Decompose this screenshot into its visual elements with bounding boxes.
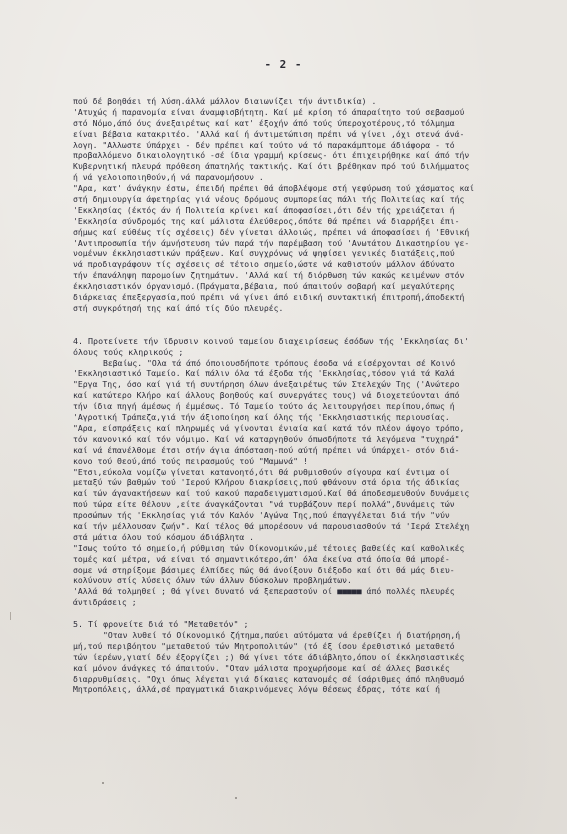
text-line: 'Εκκλησία σύνδρομός της καί μάλιστα έλεύ… [73,216,543,227]
text-line: νομένων έκκλησιαστικών πράξεων. Καί συγχ… [73,248,543,259]
text-line: προβαλλόμενο δικαιολογητικό -σέ ίδια γρα… [73,150,543,161]
text-line: "Ετσι,εύκολα νομίζω γίνεται κατανοητό,ότ… [73,467,543,478]
text-line: άντιδράσεις ; [73,597,543,608]
question-heading: 4. Προτείνετε τήν ϊδρυσιν κοινού ταμείου… [73,336,543,358]
text-line: στά μάτια όλου τού κόσμου άδιάβλητα . [73,532,543,543]
document-body: πού δέ βοηθάει τή λύση.άλλά μάλλον διαιω… [73,96,543,695]
text-line: καί τών άγανακτήσεων καί τού κακού παραδ… [73,488,543,499]
text-line: ή νά γελοιοποιηθούν,ή νά παρανομήσουν . [73,172,543,183]
text-line: 5. Τί φρονείτε διά τό "Μεταθετόν" ; [73,619,543,630]
text-line: "Ισως τούτο τό σημείο,ή ρύθμιση τών Οίκο… [73,543,543,554]
text-line: 'Ατυχώς ή παρανομία είναι άναμφισβήτητη.… [73,107,543,118]
text-line: 'Αλλά θά τολμηθεί ; Θά γίνει δυνατό νά ξ… [73,586,543,597]
text-line: καί μόνον άνάγκες τό άπαιτούν. "Οταν μάλ… [73,663,543,674]
text-line: μεταξύ τών βαθμών τού 'Ιερού Κλήρου διακ… [73,477,543,488]
text-line: "Αρα, είσπράξεις καί πληρωμές νά γίνοντα… [73,423,543,434]
text-line: όλους τούς κληρικούς ; [73,347,543,358]
question-heading: 5. Τί φρονείτε διά τό "Μεταθετόν" ; [73,619,543,630]
text-line: 'Αγροτική Τράπεζα,γιά τήν άξιοποίηση καί… [73,412,543,423]
text-line: Μητροπόλεις, άλλά,σέ πραγματικά διακρινό… [73,684,543,695]
text-line: 'Αντιπροσωπία τήν άμνήστευση τών παρά τή… [73,238,543,249]
document-page: - 2 - πού δέ βοηθάει τή λύση.άλλά μάλλον… [0,0,567,834]
text-line: είναι βέβαια κατακριτέο. 'Αλλά καί ή άντ… [73,129,543,140]
text-line: Βεβαίως. "Ολα τά άπό όποιουσδήποτε τρόπο… [73,358,543,369]
text-line: Κυβερνητική πλευρά πρόθεση άπατηλής τακτ… [73,161,543,172]
text-line: τομές καί μέτρα, νά είναι τό σημαντικότε… [73,554,543,565]
text-line: στό Νόμο,άπό όυς άνεξαιρέτως καί κατ' έξ… [73,118,543,129]
section-gap [73,608,543,619]
text-line: καί νά έπανέλθομε έτσι στήν άγια άπόστασ… [73,445,543,456]
text-line: πού τώρα είτε θέλουν ,είτε άναγκάζονται … [73,499,543,510]
page-number: - 2 - [0,58,567,71]
paper-speck [10,612,11,620]
text-line: στή συγκρότησή της καί άπό τίς δύο πλευρ… [73,303,543,314]
text-line: τήν έπανάληψη παρομοίων ζητημάτων. 'Αλλά… [73,270,543,281]
text-line: προσώπων τής 'Εκκλησίας γιά τόν Καλόν 'Α… [73,510,543,521]
text-line: κονο τού Θεού,άπό τούς πειρασμούς τού "Μ… [73,456,543,467]
text-line: λογη. "Αλλωστε ύπάρχει - δέν πρέπει καί … [73,140,543,151]
text-line: νά προδιαγράφουν τίς σχέσεις σέ τέτοιο σ… [73,259,543,270]
text-line: 'Εκκλησιαστικό Ταμείο. Καί πάλιν όλα τά … [73,368,543,379]
section-gap [73,314,543,325]
text-line: "Εργα Της, όσο καί γιά τή συντήρηση όλων… [73,379,543,390]
text-line: "Οταν λυθεί τό Οίκονομικό ζήτημα,παύει α… [73,630,543,641]
text-line: πού δέ βοηθάει τή λύση.άλλά μάλλον διαιω… [73,96,543,107]
text-line: σήμως καί εύθέως τίς σχέσεις) δέν γίνετα… [73,227,543,238]
text-line: στή δημιουργία άφετηρίας γιά νέους δρόμο… [73,194,543,205]
text-line: τόν κανονικό καί τόν νόμιμο. Καί νά κατα… [73,434,543,445]
text-line: κολύνουν στίς λύσεις όλων τών άλλων δύσκ… [73,575,543,586]
text-line: διαρρυθμίσεις. "Οχι όπως λέγεται γιά δίκ… [73,674,543,685]
text-line: τήν ίδια πηγή άμέσως ή έμμέσως. Τό Ταμεί… [73,401,543,412]
paragraph: "Οταν λυθεί τό Οίκονομικό ζήτημα,παύει α… [73,630,543,695]
text-line: "Αρα, κατ' άνάγκην έστω, έπειδή πρέπει θ… [73,183,543,194]
text-line: καί κατώτερο Κλήρο καί άλλους βοηθούς κα… [73,390,543,401]
section-gap [73,325,543,336]
paper-speck [235,797,237,799]
text-line: διάρκειας έπεξεργασία,πού πρέπι νά γίνει… [73,292,543,303]
paper-speck [102,782,104,784]
text-line: τών ίερέων,γιατί δέν έξοργίζει ;) Θά γίν… [73,652,543,663]
text-line: 'Εκκλησίας (έκτός άν ή Πολιτεία κρίνει κ… [73,205,543,216]
paragraph: πού δέ βοηθάει τή λύση.άλλά μάλλον διαιω… [73,96,543,314]
text-line: καί τήν μέλλουσαν ζωήν". Καί τέλος θά μπ… [73,521,543,532]
paragraph: Βεβαίως. "Ολα τά άπό όποιουσδήποτε τρόπο… [73,358,543,608]
text-line: σομε νά στηρίξομε βάσιμες έλπίδες πώς θά… [73,565,543,576]
text-line: μή,τού περιβόητου "μεταθετού τών Μητροπο… [73,641,543,652]
text-line: έκκλησιαστικόν όργανισμό.(Πράγματα,βέβαι… [73,281,543,292]
text-line: 4. Προτείνετε τήν ϊδρυσιν κοινού ταμείου… [73,336,543,347]
